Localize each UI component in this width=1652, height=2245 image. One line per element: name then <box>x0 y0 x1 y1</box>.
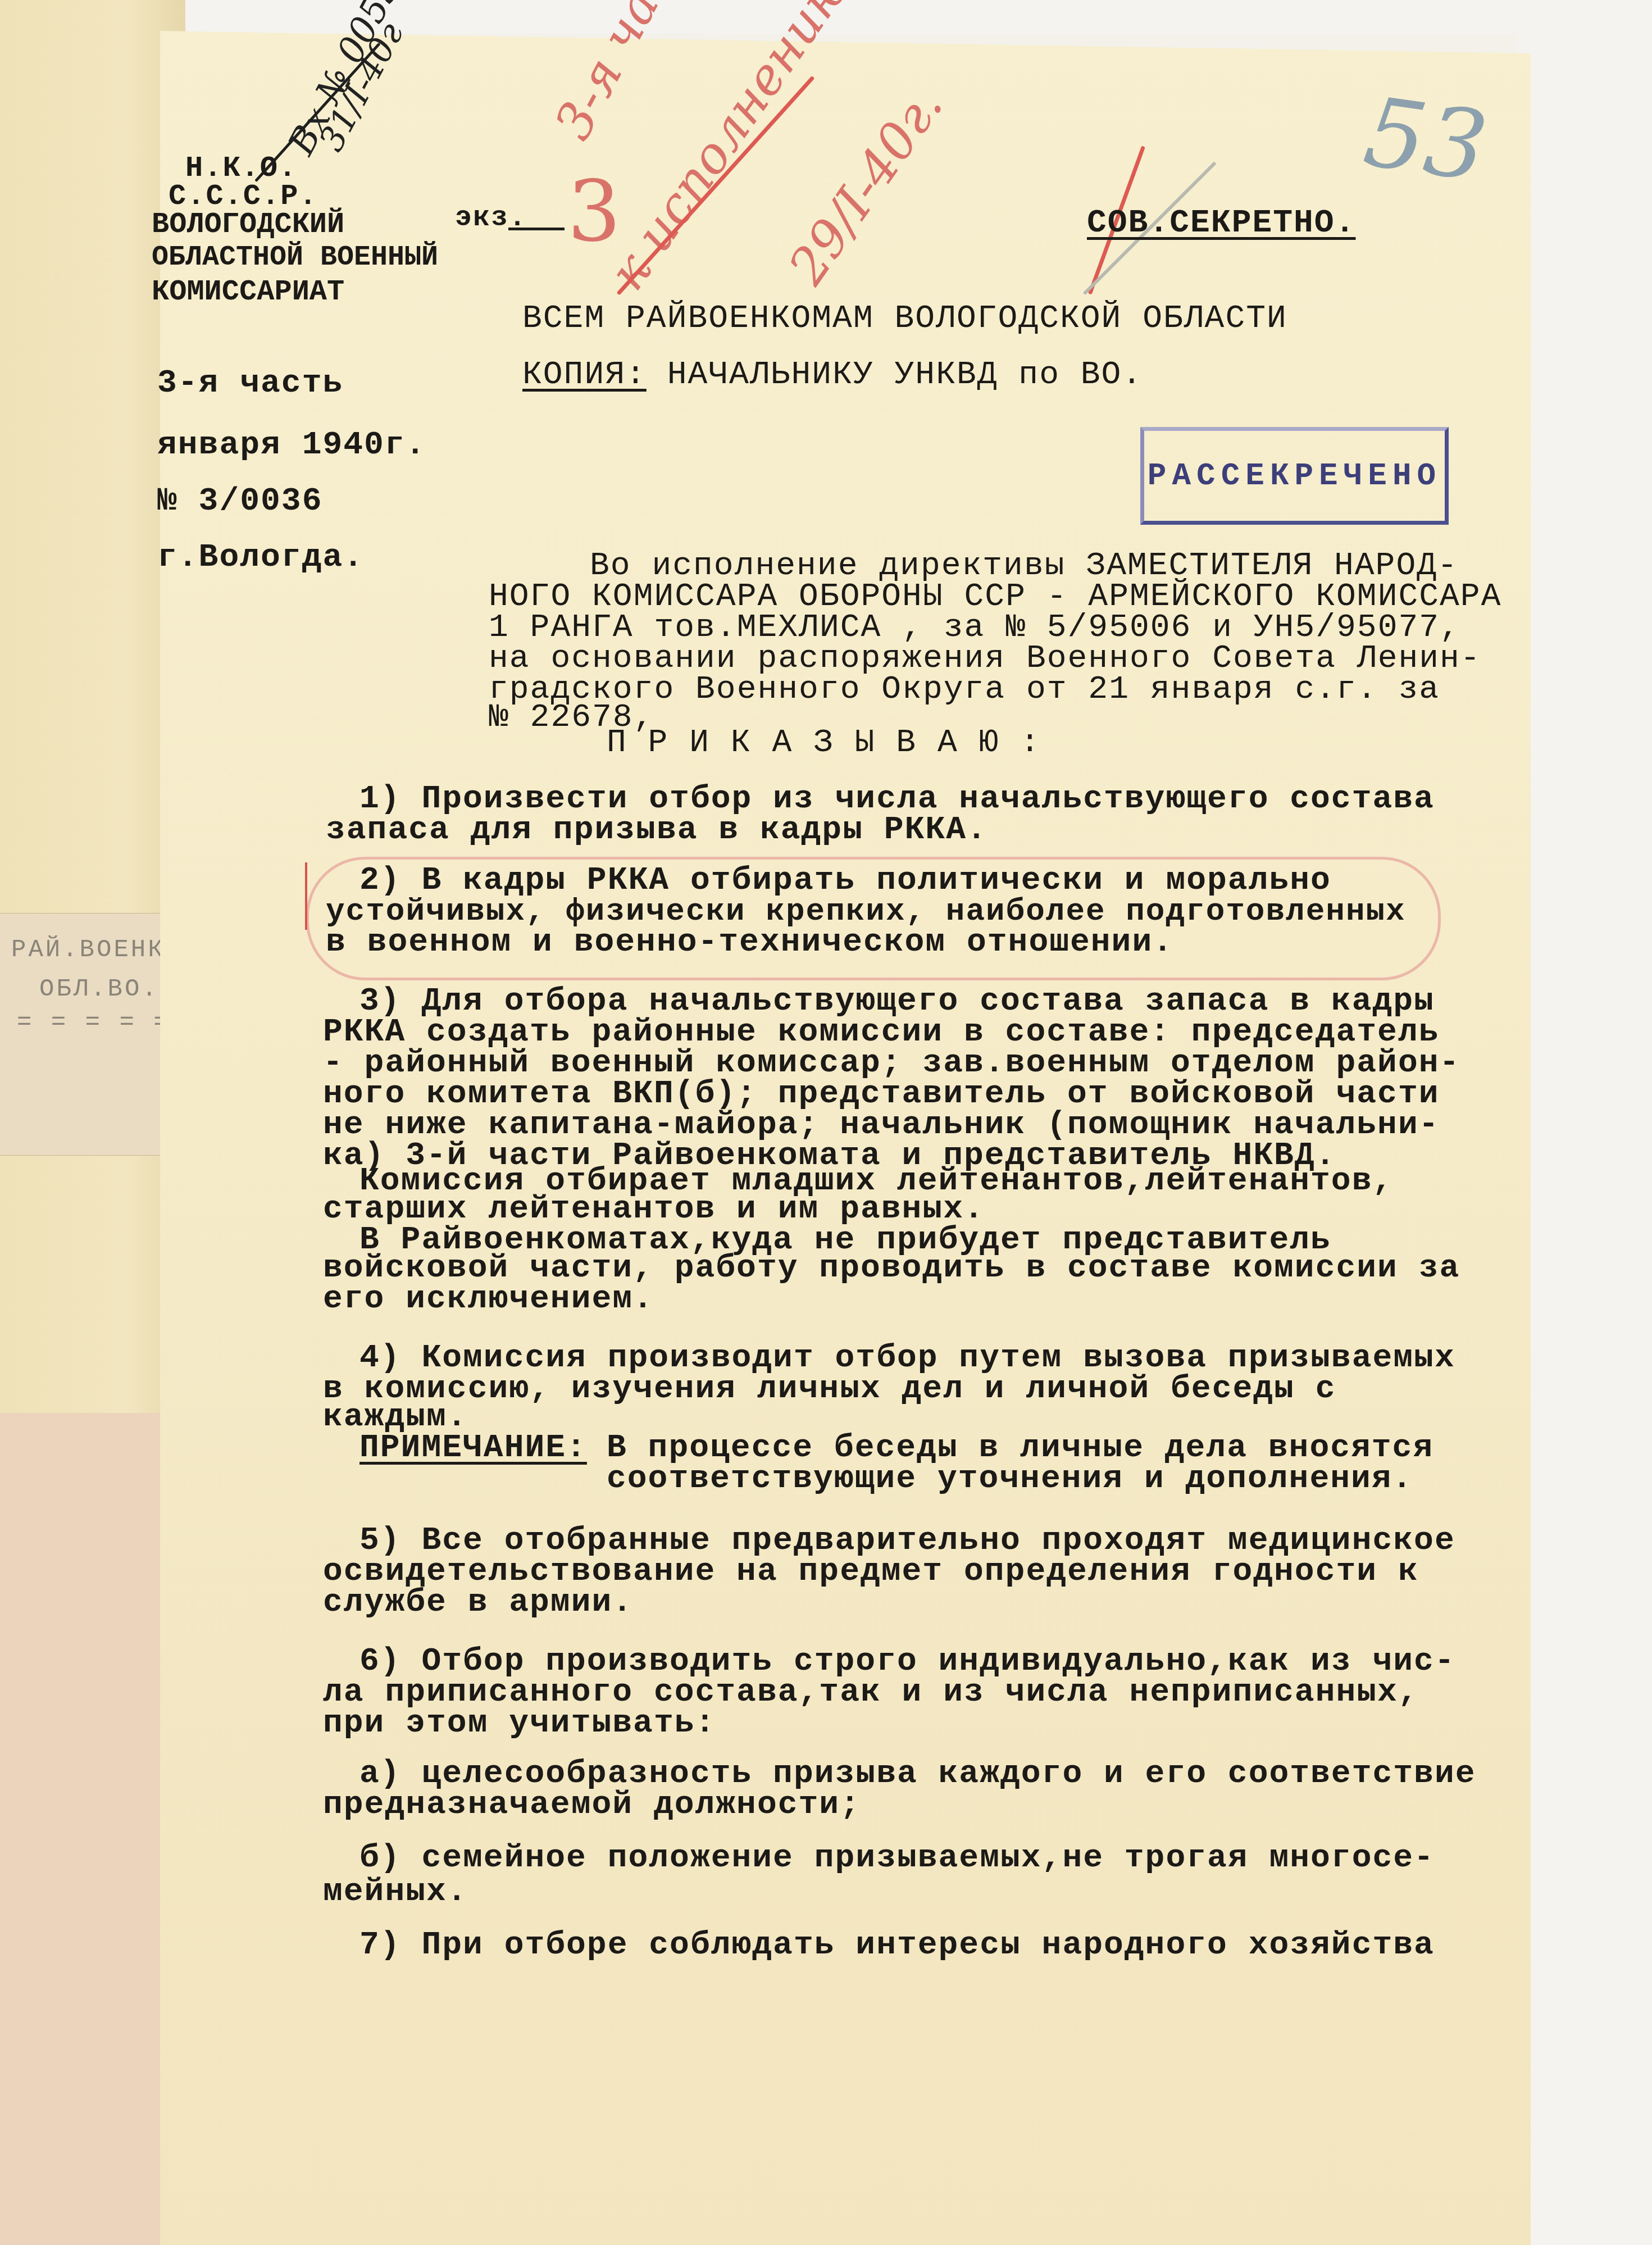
item-line: запаса для призыва в кадры РККА. <box>326 812 987 848</box>
declassified-stamp: РАССЕКРЕЧЕНО <box>1140 427 1449 525</box>
document-number: № 3/0036 <box>157 483 322 520</box>
item-line: соответствующие уточнения и дополнения. <box>607 1461 1413 1497</box>
item-line: его исключением. <box>323 1281 654 1317</box>
copy-to-line: КОПИЯ: НАЧАЛЬНИКУ УНКВД по ВО. <box>522 357 1143 393</box>
left-fragment-1: РАЙ.ВОЕНК. <box>11 936 182 964</box>
copy-to: НАЧАЛЬНИКУ УНКВД по ВО. <box>667 357 1143 393</box>
order-heading: П Р И К А З Ы В А Ю : <box>607 725 1041 761</box>
item-line: б) семейное положение призываемых,не тро… <box>359 1840 1435 1876</box>
item-line: при этом учитывать: <box>323 1705 716 1742</box>
stamp-text: РАССЕКРЕЧЕНО <box>1148 458 1441 494</box>
note-label: ПРИМЕЧАНИЕ: <box>359 1430 587 1466</box>
document-date: января 1940г. <box>157 427 426 463</box>
table-surface-right <box>1517 0 1652 2245</box>
red-pencil-mark <box>305 862 307 930</box>
item-line: в комиссию, изучения личных дел и личной… <box>323 1371 1336 1407</box>
addressee: ВСЕМ РАЙВОЕНКОМАМ ВОЛОГОДСКОЙ ОБЛАСТИ <box>522 301 1287 337</box>
item-line: предназначаемой должности; <box>323 1787 861 1823</box>
item-line: мейных. <box>323 1874 468 1910</box>
folio-number: 53 <box>1358 76 1494 203</box>
classification: СОВ.СЕКРЕТНО. <box>1087 205 1355 242</box>
item-line: службе в армии. <box>323 1584 633 1621</box>
document-city: г.Вологда. <box>157 539 364 576</box>
org-line-commissariat: КОМИССАРИАТ <box>152 275 344 308</box>
copy-to-label: КОПИЯ: <box>522 357 647 393</box>
item-line: 7) При отборе соблюдать интересы народно… <box>359 1927 1435 1964</box>
org-line-region: ВОЛОГОДСКИЙ <box>152 208 344 241</box>
item-line: в военном и военно-техническом отношении… <box>326 924 1173 961</box>
copy-number-line <box>508 228 565 230</box>
left-fragment-3: = = = = = <box>17 1009 171 1037</box>
org-line-military: ОБЛАСТНОЙ ВОЕННЫЙ <box>152 242 438 274</box>
department: 3-я часть <box>157 365 343 402</box>
